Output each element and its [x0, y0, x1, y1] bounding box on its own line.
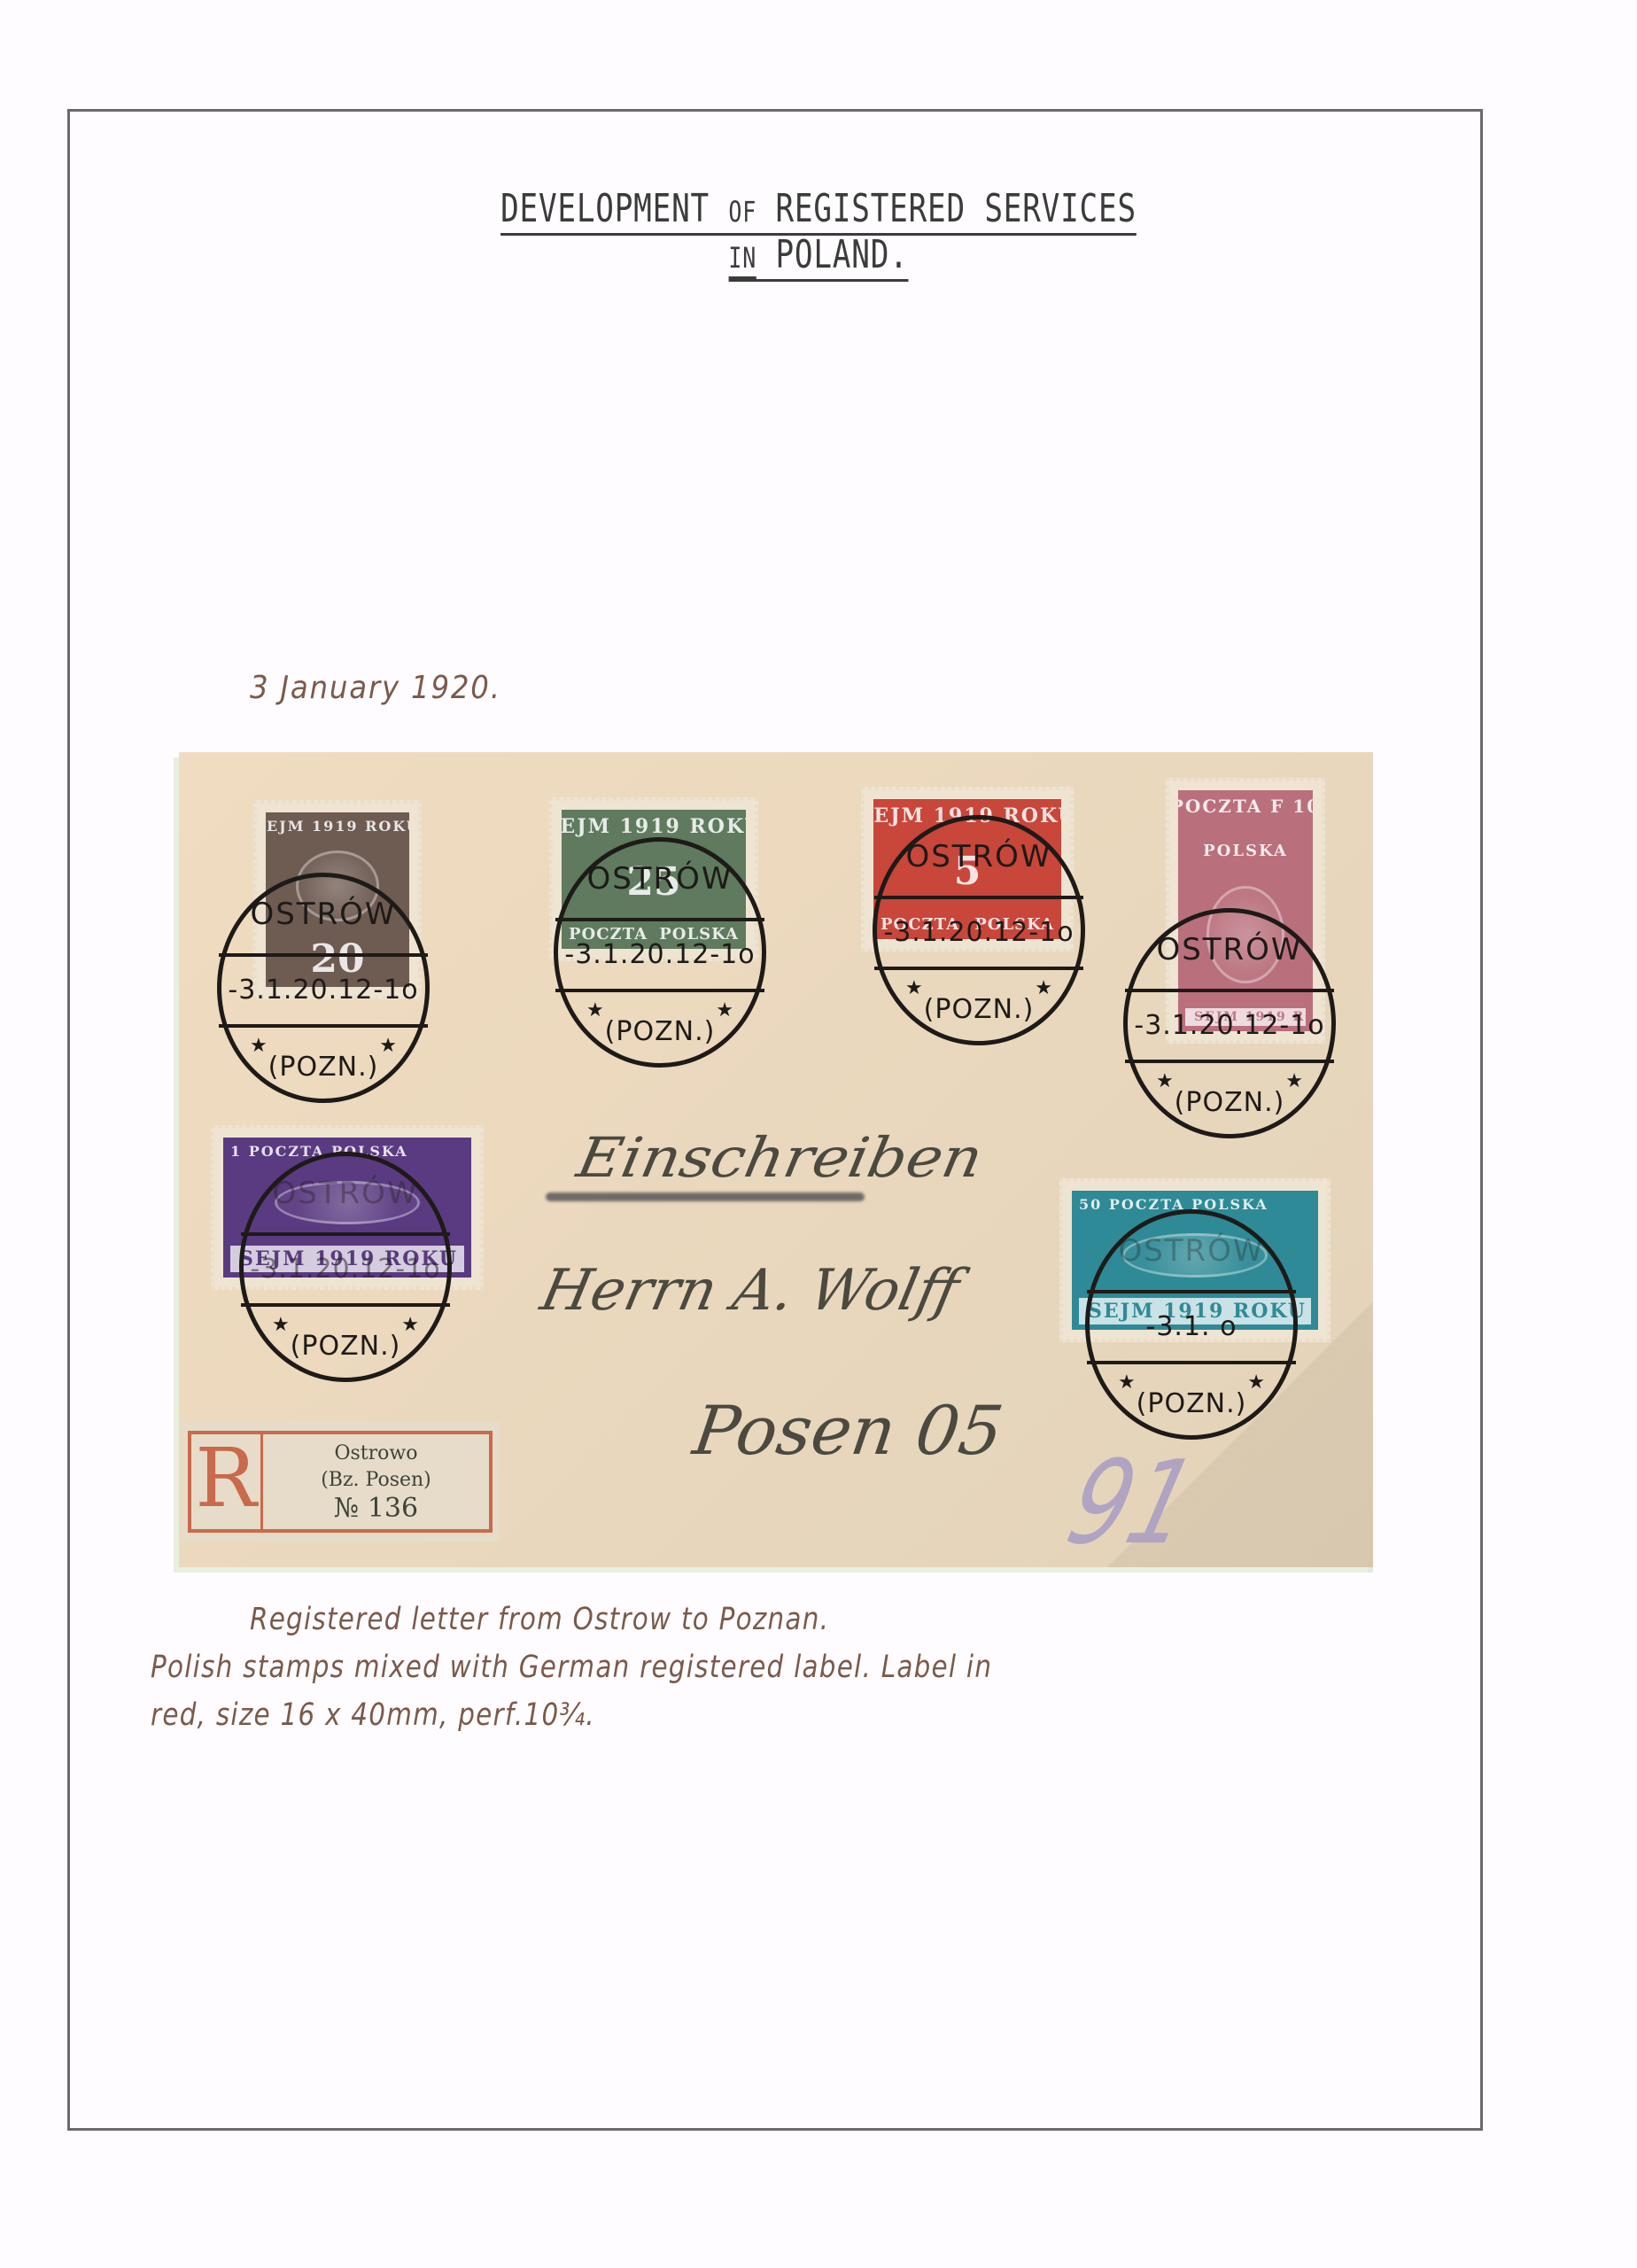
registration-label-border: R Ostrowo (Bz. Posen) № 136: [188, 1431, 493, 1533]
registration-label: R Ostrowo (Bz. Posen) № 136: [181, 1422, 500, 1542]
stamp-value: 25: [626, 859, 680, 905]
title-word: IN: [728, 241, 756, 279]
stamp-5f-red: SEJM 1919 ROKU 5 POCZTAPOLSKA: [861, 787, 1074, 951]
stamp-text: SEJM 1919 ROKU: [562, 815, 746, 838]
handwritten-city: Posen 05: [688, 1391, 1007, 1470]
stamp-value: 5: [954, 849, 981, 894]
stamp-text: SEJM 1919 ROKU: [266, 818, 409, 835]
stamp-band-text: SEJM 1919 ROKU: [1185, 1008, 1306, 1026]
stamp-10f-lilac: POCZTA F 10 POLSKA SEJM 1919 ROKU: [1166, 778, 1325, 1044]
title-word: DEVELOPMENT: [500, 186, 710, 236]
caption-line-2: Polish stamps mixed with German register…: [151, 1650, 992, 1685]
title-word: OF: [728, 195, 756, 229]
stamp-text: SEJM 1919 ROKU: [873, 804, 1061, 827]
registration-district: (Bz. Posen): [321, 1467, 431, 1494]
pencil-strike-line: [546, 1192, 865, 1201]
stamp-20f-brown: SEJM 1919 ROKU 20: [253, 800, 422, 999]
eagle-icon: [275, 1181, 420, 1225]
stamp-text: POCZTA: [569, 925, 648, 944]
stamp-bottom-text: POCZTAPOLSKA: [569, 925, 739, 944]
caption-line-3: red, size 16 x 40mm, perf.10¾.: [151, 1697, 595, 1733]
stamp-text: POLSKA: [974, 915, 1054, 934]
page-title-line-1: DEVELOPMENT OF REGISTERED SERVICES: [180, 186, 1456, 231]
handwritten-einschreiben: Einschreiben: [572, 1125, 989, 1190]
registration-label-text: Ostrowo (Bz. Posen) № 136: [263, 1434, 489, 1529]
stamp-text: POLSKA: [659, 925, 739, 944]
stamp-design: SEJM 1919 ROKU 25 POCZTAPOLSKA: [562, 810, 746, 949]
stamp-text: POLSKA: [1203, 842, 1288, 860]
stamp-1m-violet: 1 POCZTA POLSKA SEJM 1919 ROKU: [211, 1125, 484, 1290]
stamp-bottom-text: POCZTAPOLSKA: [881, 915, 1054, 934]
portrait-icon: [296, 850, 379, 921]
stamp-50f-teal: 50 POCZTA POLSKA SEJM 1919 ROKU: [1059, 1178, 1331, 1342]
stamp-text: 50 POCZTA POLSKA: [1079, 1196, 1268, 1213]
stamp-band-text: SEJM 1919 ROKU: [230, 1246, 464, 1272]
handwritten-recipient: Herrn A. Wolff: [535, 1258, 965, 1324]
eagle-icon: [1206, 886, 1284, 983]
stamp-text: POCZTA: [881, 915, 959, 934]
stamp-value: 20: [310, 936, 364, 982]
stamp-band-text: SEJM 1919 ROKU: [1079, 1298, 1311, 1324]
registration-office: Ostrowo: [334, 1441, 417, 1467]
stamp-25f-green: SEJM 1919 ROKU 25 POCZTAPOLSKA: [549, 797, 758, 961]
stamp-text: POCZTA F 10: [1178, 796, 1313, 817]
stamp-design: POCZTA F 10 POLSKA SEJM 1919 ROKU: [1178, 790, 1313, 1031]
title-word: POLAND.: [775, 232, 908, 282]
stamp-design: 1 POCZTA POLSKA SEJM 1919 ROKU: [223, 1138, 471, 1278]
stamp-text: 1 POCZTA POLSKA: [230, 1143, 408, 1160]
stamp-design: SEJM 1919 ROKU 20: [266, 812, 409, 987]
cover-date: 3 January 1920.: [250, 670, 501, 706]
stamp-design: SEJM 1919 ROKU 5 POCZTAPOLSKA: [873, 799, 1061, 939]
ship-eagle-icon: [1122, 1233, 1267, 1278]
stamp-design: 50 POCZTA POLSKA SEJM 1919 ROKU: [1072, 1191, 1318, 1330]
registration-r-icon: R: [191, 1434, 263, 1529]
registration-number: № 136: [334, 1494, 418, 1524]
page-title-line-2: IN POLAND.: [180, 232, 1456, 277]
caption-line-1: Registered letter from Ostrow to Poznan.: [250, 1602, 829, 1637]
title-word: REGISTERED SERVICES: [775, 186, 1136, 231]
